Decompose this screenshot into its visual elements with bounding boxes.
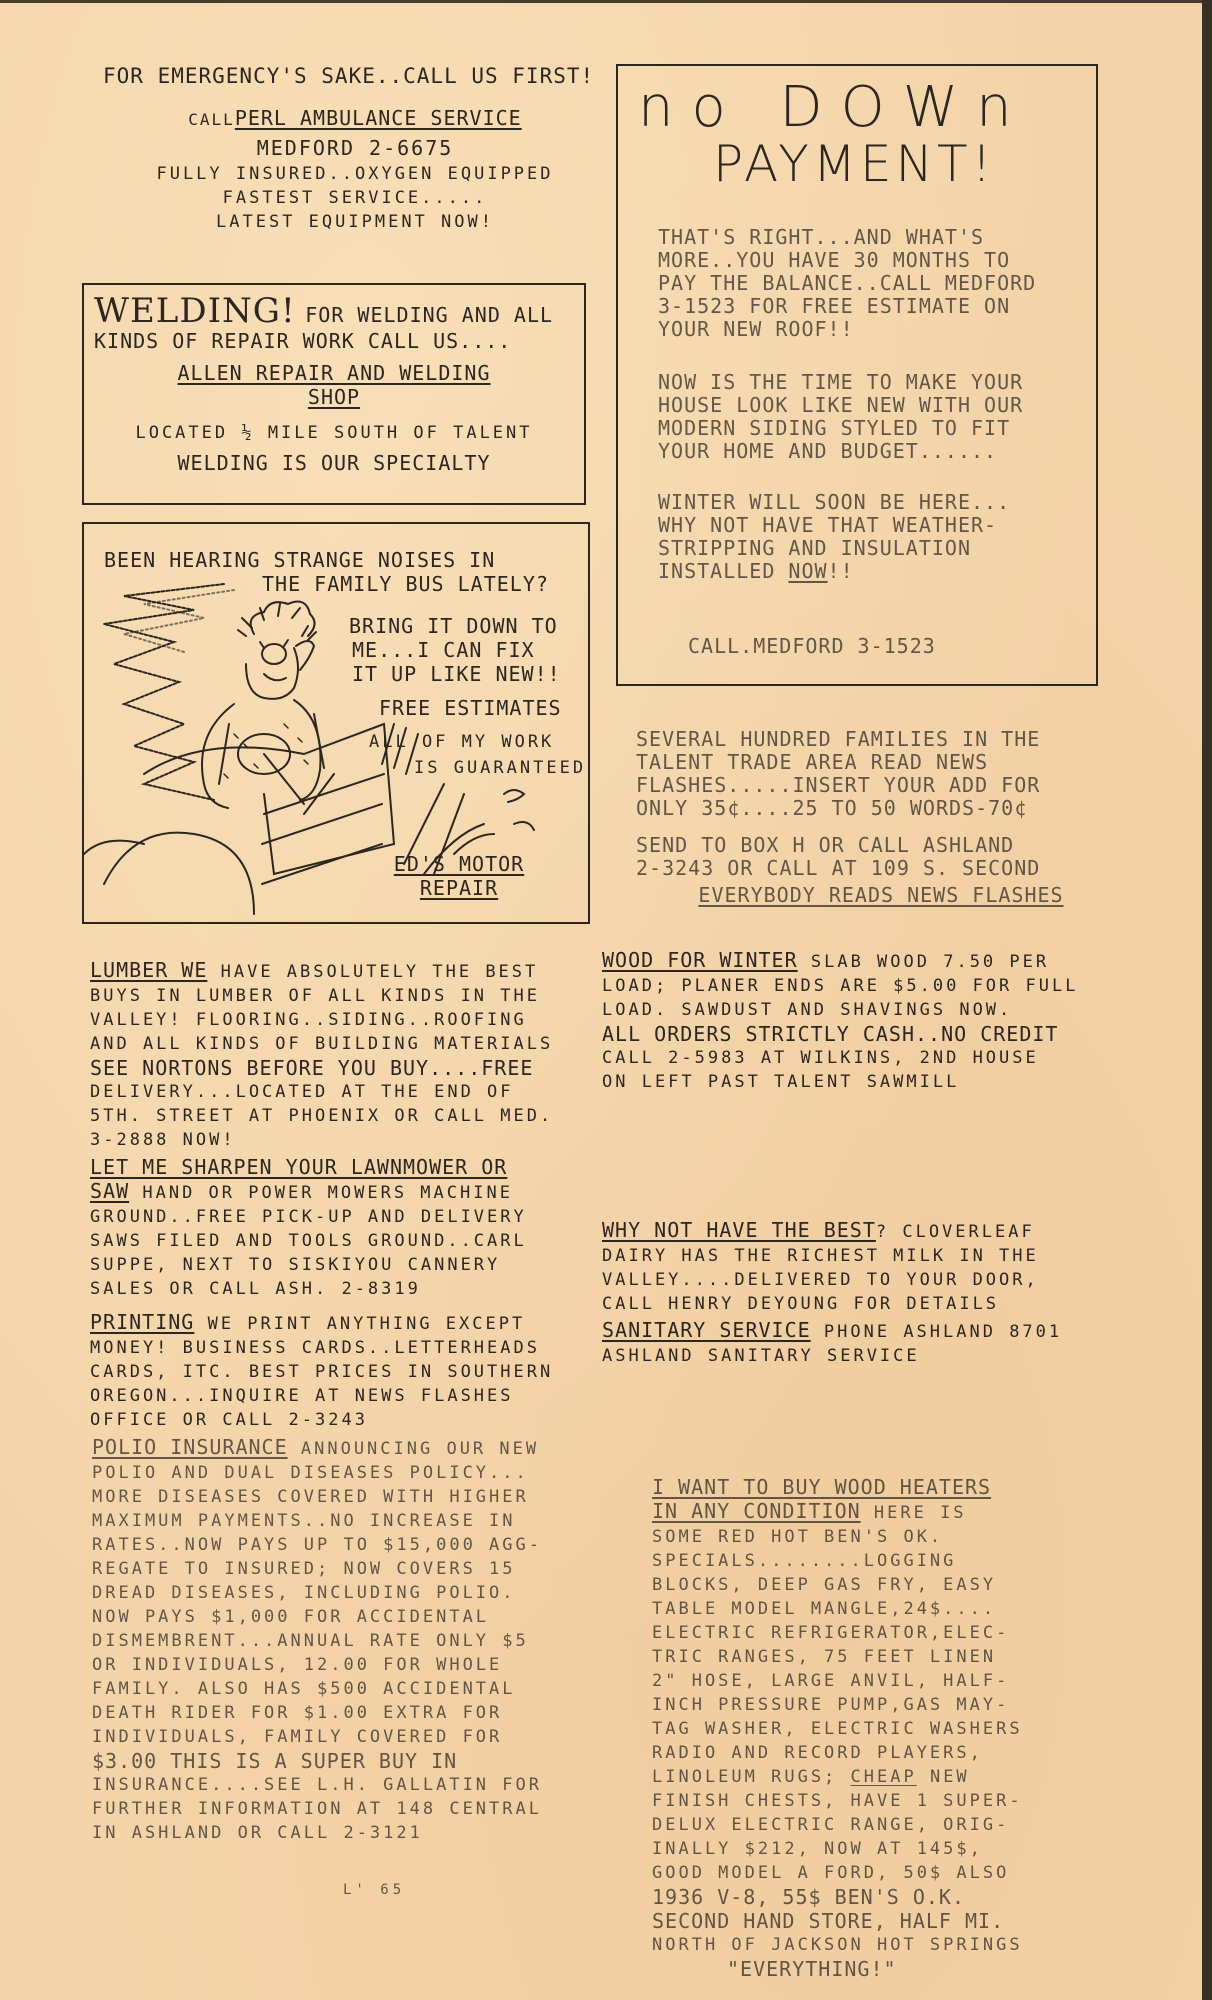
dairy-line: VALLEY....DELIVERED TO YOUR DOOR, (602, 1268, 1122, 1292)
welding-headline: WELDING! (94, 291, 296, 331)
welding-tagline: WELDING IS OUR SPECIALTY (94, 451, 574, 475)
printing-ad: PRINTING WE PRINT ANYTHING EXCEPT MONEY!… (90, 1310, 610, 1432)
sanitary-first-line: SANITARY SERVICE PHONE ASHLAND 8701 (602, 1318, 1122, 1344)
printing-line: OFFICE OR CALL 2-3243 (90, 1408, 610, 1432)
roofing-p1-line: PAY THE BALANCE..CALL MEDFORD (658, 272, 1036, 295)
bens-second-hand-ad: I WANT TO BUY WOOD HEATERS IN ANY CONDIT… (652, 1475, 1092, 1981)
ambulance-business-name: PERL AMBULANCE SERVICE (235, 106, 522, 130)
polio-heading: POLIO INSURANCE (92, 1435, 288, 1459)
bens-line: BLOCKS, DEEP GAS FRY, EASY (652, 1573, 1092, 1597)
lawnmower-sharpening-ad: LET ME SHARPEN YOUR LAWNMOWER OR SAW HAN… (90, 1155, 610, 1301)
roofing-p3-prefix: INSTALLED (658, 559, 788, 583)
bens-line: ELECTRIC REFRIGERATOR,ELEC- (652, 1621, 1092, 1645)
printing-first-line: PRINTING WE PRINT ANYTHING EXCEPT (90, 1310, 610, 1336)
ambulance-business-line: CALLPERL AMBULANCE SERVICE (95, 106, 615, 130)
welding-headline-row: WELDING! FOR WELDING AND ALL (94, 291, 574, 331)
wood-line: CALL 2-5983 AT WILKINS, 2ND HOUSE (602, 1046, 1122, 1070)
bens-line: SECOND HAND STORE, HALF MI. (652, 1909, 1092, 1933)
welding-content: WELDING! FOR WELDING AND ALL KINDS OF RE… (94, 291, 574, 475)
call-prefix: CALL (188, 110, 235, 129)
wood-for-winter-ad: WOOD FOR WINTER SLAB WOOD 7.50 PER LOAD;… (602, 948, 1122, 1094)
welding-location: LOCATED ½ MILE SOUTH OF TALENT (94, 421, 574, 445)
bens-cheap-word: CHEAP (851, 1767, 917, 1787)
news-flashes-line: TALENT TRADE AREA READ NEWS (636, 751, 1096, 774)
polio-line: INDIVIDUALS, FAMILY COVERED FOR (92, 1725, 612, 1749)
wood-line: ALL ORDERS STRICTLY CASH..NO CREDIT (602, 1022, 1122, 1046)
roofing-siding-ad: no DOWn PAYMENT! THAT'S RIGHT...AND WHAT… (616, 64, 1098, 686)
bens-line: GOOD MODEL A FORD, 50$ ALSO (652, 1861, 1092, 1885)
lumber-ad: LUMBER WE HAVE ABSOLUTELY THE BEST BUYS … (90, 958, 600, 1152)
lumber-line: 5TH. STREET AT PHOENIX OR CALL MED. (90, 1104, 600, 1128)
polio-line: DISMEMBRENT...ANNUAL RATE ONLY $5 (92, 1629, 612, 1653)
printing-line: MONEY! BUSINESS CARDS..LETTERHEADS (90, 1336, 610, 1360)
polio-line: IN ASHLAND OR CALL 2-3121 (92, 1821, 612, 1845)
printing-heading: PRINTING (90, 1310, 194, 1334)
lumber-line: 3-2888 NOW! (90, 1128, 600, 1152)
sharpen-line: SALES OR CALL ASH. 2-8319 (90, 1277, 610, 1301)
roofing-p3-line: STRIPPING AND INSULATION (658, 537, 1010, 560)
sharpen-line: SUPPE, NEXT TO SISKIYOU CANNERY (90, 1253, 610, 1277)
bens-heading-2: IN ANY CONDITION (652, 1499, 861, 1523)
bens-line: 1936 V-8, 55$ BEN'S O.K. (652, 1885, 1092, 1909)
news-flashes-slogan: EVERYBODY READS NEWS FLASHES (666, 884, 1096, 907)
roofing-p1-line: YOUR NEW ROOF!! (658, 318, 1036, 341)
lumber-line: BUYS IN LUMBER OF ALL KINDS IN THE (90, 984, 600, 1008)
news-flashes-line: FLASHES.....INSERT YOUR ADD FOR (636, 774, 1096, 797)
ambulance-headline: FOR EMERGENCY'S SAKE..CALL US FIRST! (103, 64, 615, 88)
roofing-paragraph-2: NOW IS THE TIME TO MAKE YOUR HOUSE LOOK … (658, 371, 1023, 463)
cloverleaf-dairy-ad: WHY NOT HAVE THE BEST? CLOVERLEAF DAIRY … (602, 1218, 1122, 1316)
polio-line: REGATE TO INSURED; NOW COVERS 15 (92, 1557, 612, 1581)
ambulance-phone: MEDFORD 2-6675 (95, 136, 615, 160)
wood-line: LOAD. SAWDUST AND SHAVINGS NOW. (602, 998, 1122, 1022)
roofing-p2-line: YOUR HOME AND BUDGET...... (658, 440, 1023, 463)
roofing-headline-2: PAYMENT! (713, 136, 996, 192)
ambulance-line: LATEST EQUIPMENT NOW! (95, 210, 615, 234)
dairy-line: CALL HENRY DEYOUNG FOR DETAILS (602, 1292, 1122, 1316)
bens-line: HERE IS (861, 1503, 967, 1523)
bens-line: 2" HOSE, LARGE ANVIL, HALF- (652, 1669, 1092, 1693)
bens-first-line: IN ANY CONDITION HERE IS (652, 1499, 1092, 1525)
sharpen-line: GROUND..FREE PICK-UP AND DELIVERY (90, 1205, 610, 1229)
welding-business: ALLEN REPAIR AND WELDING SHOP (94, 361, 574, 409)
bens-closing: "EVERYTHING!" (727, 1957, 1092, 1981)
welding-ad: WELDING! FOR WELDING AND ALL KINDS OF RE… (82, 283, 586, 505)
polio-line: FURTHER INFORMATION AT 148 CENTRAL (92, 1797, 612, 1821)
cartoon-illustration-icon (84, 524, 588, 922)
roofing-p3-line: WHY NOT HAVE THAT WEATHER- (658, 514, 1010, 537)
roofing-p3-suffix: !! (828, 559, 854, 583)
sharpen-heading-1: LET ME SHARPEN YOUR LAWNMOWER OR (90, 1155, 610, 1179)
news-flashes-line: 2-3243 OR CALL AT 109 S. SECOND (636, 857, 1096, 880)
bens-heading-1: I WANT TO BUY WOOD HEATERS (652, 1475, 1092, 1499)
news-flashes-line: SEND TO BOX H OR CALL ASHLAND (636, 834, 1096, 857)
bens-line: FINISH CHESTS, HAVE 1 SUPER- (652, 1789, 1092, 1813)
lumber-line: DELIVERY...LOCATED AT THE END OF (90, 1080, 600, 1104)
printing-line: CARDS, ITC. BEST PRICES IN SOUTHERN (90, 1360, 610, 1384)
page-top-edge (0, 0, 1212, 3)
polio-line: $3.00 THIS IS A SUPER BUY IN (92, 1749, 612, 1773)
wood-heading: WOOD FOR WINTER (602, 948, 798, 972)
bens-cheap-line: LINOLEUM RUGS; CHEAP NEW (652, 1765, 1092, 1789)
roofing-paragraph-1: THAT'S RIGHT...AND WHAT'S MORE..YOU HAVE… (658, 226, 1036, 341)
roofing-p1-line: THAT'S RIGHT...AND WHAT'S (658, 226, 1036, 249)
ambulance-line: FASTEST SERVICE..... (95, 186, 615, 210)
bens-line: INALLY $212, NOW AT 145$, (652, 1837, 1092, 1861)
polio-line: POLIO AND DUAL DISEASES POLICY... (92, 1461, 612, 1485)
sanitary-line: ASHLAND SANITARY SERVICE (602, 1344, 1122, 1368)
sharpen-line: HAND OR POWER MOWERS MACHINE (142, 1183, 513, 1203)
polio-line: INSURANCE....SEE L.H. GALLATIN FOR (92, 1773, 612, 1797)
lumber-line: HAVE ABSOLUTELY THE BEST (221, 962, 539, 982)
roofing-p1-line: 3-1523 FOR FREE ESTIMATE ON (658, 295, 1036, 318)
welding-intro-2: KINDS OF REPAIR WORK CALL US.... (94, 329, 574, 353)
roofing-paragraph-3: WINTER WILL SOON BE HERE... WHY NOT HAVE… (658, 491, 1010, 583)
roofing-p2-line: HOUSE LOOK LIKE NEW WITH OUR (658, 394, 1023, 417)
motor-repair-ad: BEEN HEARING STRANGE NOISES IN THE FAMIL… (82, 522, 590, 924)
ambulance-ad: FOR EMERGENCY'S SAKE..CALL US FIRST! CAL… (95, 64, 615, 234)
lumber-line: VALLEY! FLOORING..SIDING..ROOFING (90, 1008, 600, 1032)
polio-line: FAMILY. ALSO HAS $500 ACCIDENTAL (92, 1677, 612, 1701)
lumber-line: AND ALL KINDS OF BUILDING MATERIALS (90, 1032, 600, 1056)
roofing-p2-line: MODERN SIDING STYLED TO FIT (658, 417, 1023, 440)
polio-line: NOW PAYS $1,000 FOR ACCIDENTAL (92, 1605, 612, 1629)
news-flashes-line: ONLY 35¢....25 TO 50 WORDS-70¢ (636, 797, 1096, 820)
roofing-headline-1: no DOWn (638, 80, 1030, 136)
welding-business-name-2: SHOP (308, 385, 360, 409)
bens-line: NORTH OF JACKSON HOT SPRINGS (652, 1933, 1092, 1957)
bens-line: RADIO AND RECORD PLAYERS, (652, 1741, 1092, 1765)
bens-line: TABLE MODEL MANGLE,24$.... (652, 1597, 1092, 1621)
dairy-line: ? CLOVERLEAF (876, 1222, 1035, 1242)
dairy-line: DAIRY HAS THE RICHEST MILK IN THE (602, 1244, 1122, 1268)
bens-line: TRIC RANGES, 75 FEET LINEN (652, 1645, 1092, 1669)
polio-line: MORE DISEASES COVERED WITH HIGHER (92, 1485, 612, 1509)
welding-business-name-1: ALLEN REPAIR AND WELDING (178, 361, 491, 385)
sanitary-heading: SANITARY SERVICE (602, 1318, 811, 1342)
page-mark: L' 65 (343, 1882, 405, 1898)
bens-line: SOME RED HOT BEN'S OK. (652, 1525, 1092, 1549)
page-right-edge (1202, 0, 1212, 2000)
wood-line: SLAB WOOD 7.50 PER (811, 952, 1049, 972)
polio-line: ANNOUNCING OUR NEW (301, 1439, 539, 1459)
bens-cheap-prefix: LINOLEUM RUGS; (652, 1767, 851, 1787)
roofing-p2-line: NOW IS THE TIME TO MAKE YOUR (658, 371, 1023, 394)
bens-line: TAG WASHER, ELECTRIC WASHERS (652, 1717, 1092, 1741)
lumber-line: SEE NORTONS BEFORE YOU BUY....FREE (90, 1056, 600, 1080)
roofing-call: CALL.MEDFORD 3-1523 (688, 634, 936, 658)
bens-cheap-suffix: NEW (917, 1767, 970, 1787)
bens-line: DELUX ELECTRIC RANGE, ORIG- (652, 1813, 1092, 1837)
polio-line: RATES..NOW PAYS UP TO $15,000 AGG- (92, 1533, 612, 1557)
lumber-heading: LUMBER WE (90, 958, 207, 982)
roofing-p1-line: MORE..YOU HAVE 30 MONTHS TO (658, 249, 1036, 272)
wood-line: LOAD; PLANER ENDS ARE $5.00 FOR FULL (602, 974, 1122, 998)
roofing-p3-line: WINTER WILL SOON BE HERE... (658, 491, 1010, 514)
polio-line: OR INDIVIDUALS, 12.00 FOR WHOLE (92, 1653, 612, 1677)
printing-line: OREGON...INQUIRE AT NEWS FLASHES (90, 1384, 610, 1408)
roofing-p3-emph: NOW (788, 559, 827, 583)
roofing-p3-last-line: INSTALLED NOW!! (658, 560, 1010, 583)
dairy-first-line: WHY NOT HAVE THE BEST? CLOVERLEAF (602, 1218, 1122, 1244)
sharpen-heading-2: SAW (90, 1179, 129, 1203)
wood-line: ON LEFT PAST TALENT SAWMILL (602, 1070, 1122, 1094)
welding-intro-1: FOR WELDING AND ALL (305, 303, 553, 327)
polio-insurance-ad: POLIO INSURANCE ANNOUNCING OUR NEW POLIO… (92, 1435, 612, 1845)
polio-line: DREAD DISEASES, INCLUDING POLIO. (92, 1581, 612, 1605)
news-flashes-ad: SEVERAL HUNDRED FAMILIES IN THE TALENT T… (636, 728, 1096, 907)
sharpen-line-1: SAW HAND OR POWER MOWERS MACHINE (90, 1179, 610, 1205)
lumber-first-line: LUMBER WE HAVE ABSOLUTELY THE BEST (90, 958, 600, 984)
bens-line: INCH PRESSURE PUMP,GAS MAY- (652, 1693, 1092, 1717)
sanitary-phone: PHONE ASHLAND 8701 (824, 1322, 1062, 1342)
wood-first-line: WOOD FOR WINTER SLAB WOOD 7.50 PER (602, 948, 1122, 974)
printing-line: WE PRINT ANYTHING EXCEPT (208, 1314, 526, 1334)
dairy-heading: WHY NOT HAVE THE BEST (602, 1218, 876, 1242)
news-flashes-line: SEVERAL HUNDRED FAMILIES IN THE (636, 728, 1096, 751)
sharpen-line: SAWS FILED AND TOOLS GROUND..CARL (90, 1229, 610, 1253)
ambulance-line: FULLY INSURED..OXYGEN EQUIPPED (95, 162, 615, 186)
polio-first-line: POLIO INSURANCE ANNOUNCING OUR NEW (92, 1435, 612, 1461)
polio-line: MAXIMUM PAYMENTS..NO INCREASE IN (92, 1509, 612, 1533)
bens-line: SPECIALS........LOGGING (652, 1549, 1092, 1573)
sanitary-service-ad: SANITARY SERVICE PHONE ASHLAND 8701 ASHL… (602, 1318, 1122, 1368)
polio-line: DEATH RIDER FOR $1.00 EXTRA FOR (92, 1701, 612, 1725)
